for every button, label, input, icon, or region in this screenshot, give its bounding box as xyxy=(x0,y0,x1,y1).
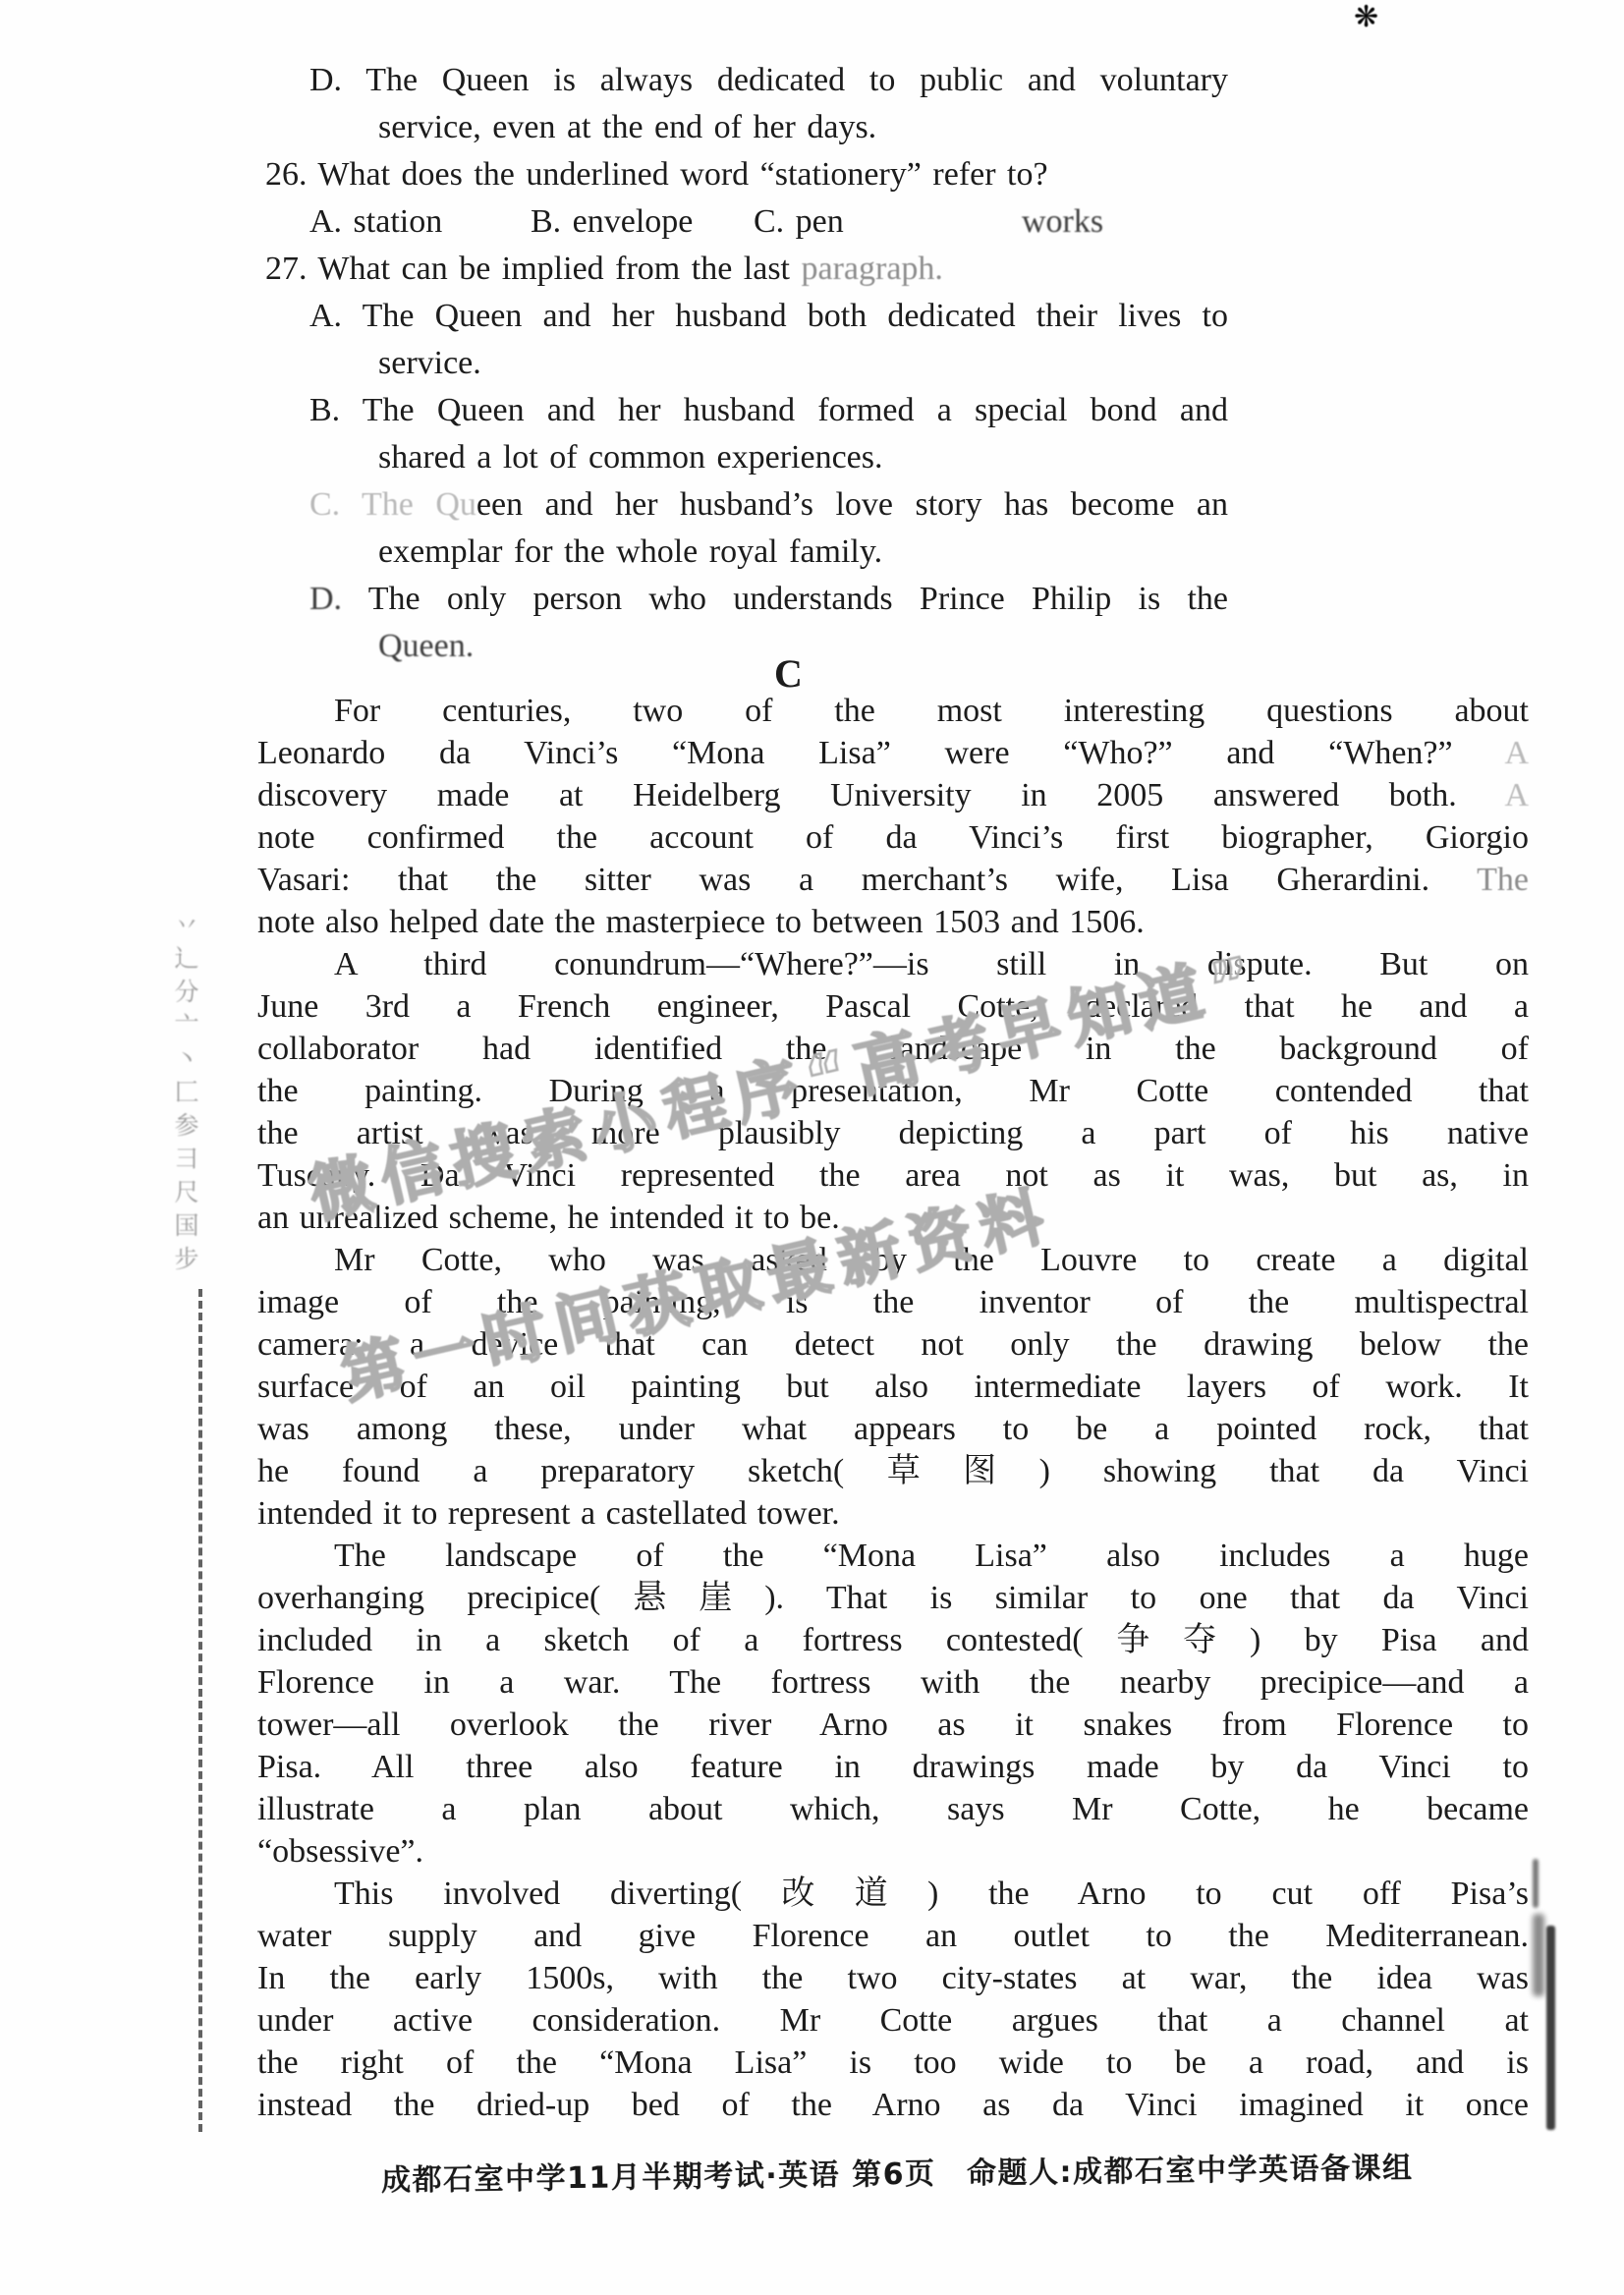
margin-dashed-line xyxy=(198,1289,202,2132)
question-26-option-b: B. envelope xyxy=(531,198,693,246)
passage-line: the painting. During a presentation, Mr … xyxy=(257,1070,1529,1112)
question-27-stem-tail: paragraph. xyxy=(802,251,943,287)
passage-paragraph-3: Mr Cotte, who was asked by the Louvre to… xyxy=(257,1239,1529,1535)
question-26-stem: 26. What does the underlined word “stati… xyxy=(265,151,1228,198)
passage-line: Tuscany. Da Vinci represented the area n… xyxy=(257,1154,1529,1197)
passage-line: overhanging precipice(悬崖). That is simil… xyxy=(257,1577,1529,1619)
question-27-option-c-line1: C. The Queen and her husband’s love stor… xyxy=(309,481,1228,529)
question-27-option-d-line1: D. The only person who understands Princ… xyxy=(309,576,1228,623)
question-26-options-row: A. station B. envelope C. pen works xyxy=(265,198,1228,246)
passage-line: water supply and give Florence an outlet… xyxy=(257,1915,1529,1957)
passage-line-text: Leonardo da Vinci’s “Mona Lisa” were “Wh… xyxy=(257,735,1453,771)
passage-line: camera: a device that can detect not onl… xyxy=(257,1323,1529,1366)
passage-line: under active consideration. Mr Cotte arg… xyxy=(257,1999,1529,2042)
question-27-option-d-text: The only person who understands Prince P… xyxy=(368,581,1228,617)
scan-streak-artifact xyxy=(1546,1926,1555,2130)
passage-line: The landscape of the “Mona Lisa” also in… xyxy=(257,1535,1529,1577)
reading-passage: For centuries, two of the most interesti… xyxy=(257,690,1529,2126)
passage-line: Vasari: that the sitter was a merchant’s… xyxy=(257,859,1529,901)
passage-line: Leonardo da Vinci’s “Mona Lisa” were “Wh… xyxy=(257,732,1529,774)
passage-line-text: discovery made at Heidelberg University … xyxy=(257,777,1457,813)
question-27-option-b-line1: B. The Queen and her husband formed a sp… xyxy=(309,387,1228,434)
scan-streak-artifact xyxy=(1533,1914,1544,1996)
question-27-option-c-line2: exemplar for the whole royal family. xyxy=(378,529,1228,576)
page-footer: 成都石室中学11月半期考试·英语 第6页 命题人:成都石室中学英语备课组 xyxy=(381,2144,1414,2200)
passage-line: For centuries, two of the most interesti… xyxy=(257,690,1529,732)
passage-line: the artist was more plausibly depicting … xyxy=(257,1112,1529,1154)
passage-line: A third conundrum—“Where?”—is still in d… xyxy=(257,943,1529,985)
questions-block: D. The Queen is always dedicated to publ… xyxy=(265,57,1228,670)
passage-line: June 3rd a French engineer, Pascal Cotte… xyxy=(257,985,1529,1028)
question-27-option-c-text: een and her husband’s love story has bec… xyxy=(476,486,1228,523)
passage-line: intended it to represent a castellated t… xyxy=(257,1492,1529,1535)
passage-line: image of the painting, is the inventor o… xyxy=(257,1281,1529,1323)
passage-line: This involved diverting(改道) the Arno to … xyxy=(257,1873,1529,1915)
margin-bleedthrough-marks: 丷辶分亠丶匚参彐尺国步 xyxy=(167,912,202,1279)
passage-line: Florence in a war. The fortress with the… xyxy=(257,1661,1529,1704)
question-27-option-d-line2: Queen. xyxy=(378,623,1228,670)
scan-streak-artifact xyxy=(1533,1859,1539,1908)
passage-line: illustrate a plan about which, says Mr C… xyxy=(257,1788,1529,1830)
scanned-exam-page: ❋ D. The Queen is always dedicated to pu… xyxy=(0,0,1624,2295)
question-27-option-b-line2: shared a lot of common experiences. xyxy=(378,434,1228,481)
question-26-option-c: C. pen xyxy=(754,198,844,246)
question-27-option-a-line1: A. The Queen and her husband both dedica… xyxy=(309,293,1228,340)
passage-line: was among these, under what appears to b… xyxy=(257,1408,1529,1450)
question-27-stem: 27. What can be implied from the last pa… xyxy=(265,246,1228,293)
ink-blob-artifact: ❋ xyxy=(1354,0,1378,34)
passage-line: tower—all overlook the river Arno as it … xyxy=(257,1704,1529,1746)
passage-line: discovery made at Heidelberg University … xyxy=(257,774,1529,816)
passage-line-faded-tail: The xyxy=(1477,862,1529,898)
question-27-option-d-letter: D. xyxy=(309,581,342,617)
passage-line: surface of an oil painting but also inte… xyxy=(257,1366,1529,1408)
passage-paragraph-1: For centuries, two of the most interesti… xyxy=(257,690,1529,943)
passage-line: Mr Cotte, who was asked by the Louvre to… xyxy=(257,1239,1529,1281)
question-26-option-a: A. station xyxy=(309,198,442,246)
passage-line: he found a preparatory sketch(草图) showin… xyxy=(257,1450,1529,1492)
passage-line: included in a sketch of a fortress conte… xyxy=(257,1619,1529,1661)
passage-line: collaborator had identified the landscap… xyxy=(257,1028,1529,1070)
passage-line-faded-tail: A xyxy=(1504,735,1529,771)
question-26-option-d: works xyxy=(1022,198,1103,246)
passage-line: instead the dried-up bed of the Arno as … xyxy=(257,2084,1529,2126)
passage-line: an unrealized scheme, he intended it to … xyxy=(257,1197,1529,1239)
passage-paragraph-5: This involved diverting(改道) the Arno to … xyxy=(257,1873,1529,2126)
question-27-stem-main: 27. What can be implied from the last xyxy=(265,251,790,287)
passage-line: In the early 1500s, with the two city-st… xyxy=(257,1957,1529,1999)
question-25-option-d-line1: D. The Queen is always dedicated to publ… xyxy=(309,57,1228,104)
question-25-option-d-line2: service, even at the end of her days. xyxy=(378,104,1228,151)
passage-line: the right of the “Mona Lisa” is too wide… xyxy=(257,2042,1529,2084)
question-27-option-c-faded-prefix: C. The Qu xyxy=(309,486,476,523)
passage-line: note confirmed the account of da Vinci’s… xyxy=(257,816,1529,859)
passage-paragraph-4: The landscape of the “Mona Lisa” also in… xyxy=(257,1535,1529,1873)
passage-paragraph-2: A third conundrum—“Where?”—is still in d… xyxy=(257,943,1529,1239)
passage-line: “obsessive”. xyxy=(257,1830,1529,1873)
passage-line-faded-tail: A xyxy=(1504,777,1529,813)
question-27-option-a-line2: service. xyxy=(378,340,1228,387)
passage-line: note also helped date the masterpiece to… xyxy=(257,901,1529,943)
passage-line: Pisa. All three also feature in drawings… xyxy=(257,1746,1529,1788)
passage-line-text: Vasari: that the sitter was a merchant’s… xyxy=(257,862,1429,898)
